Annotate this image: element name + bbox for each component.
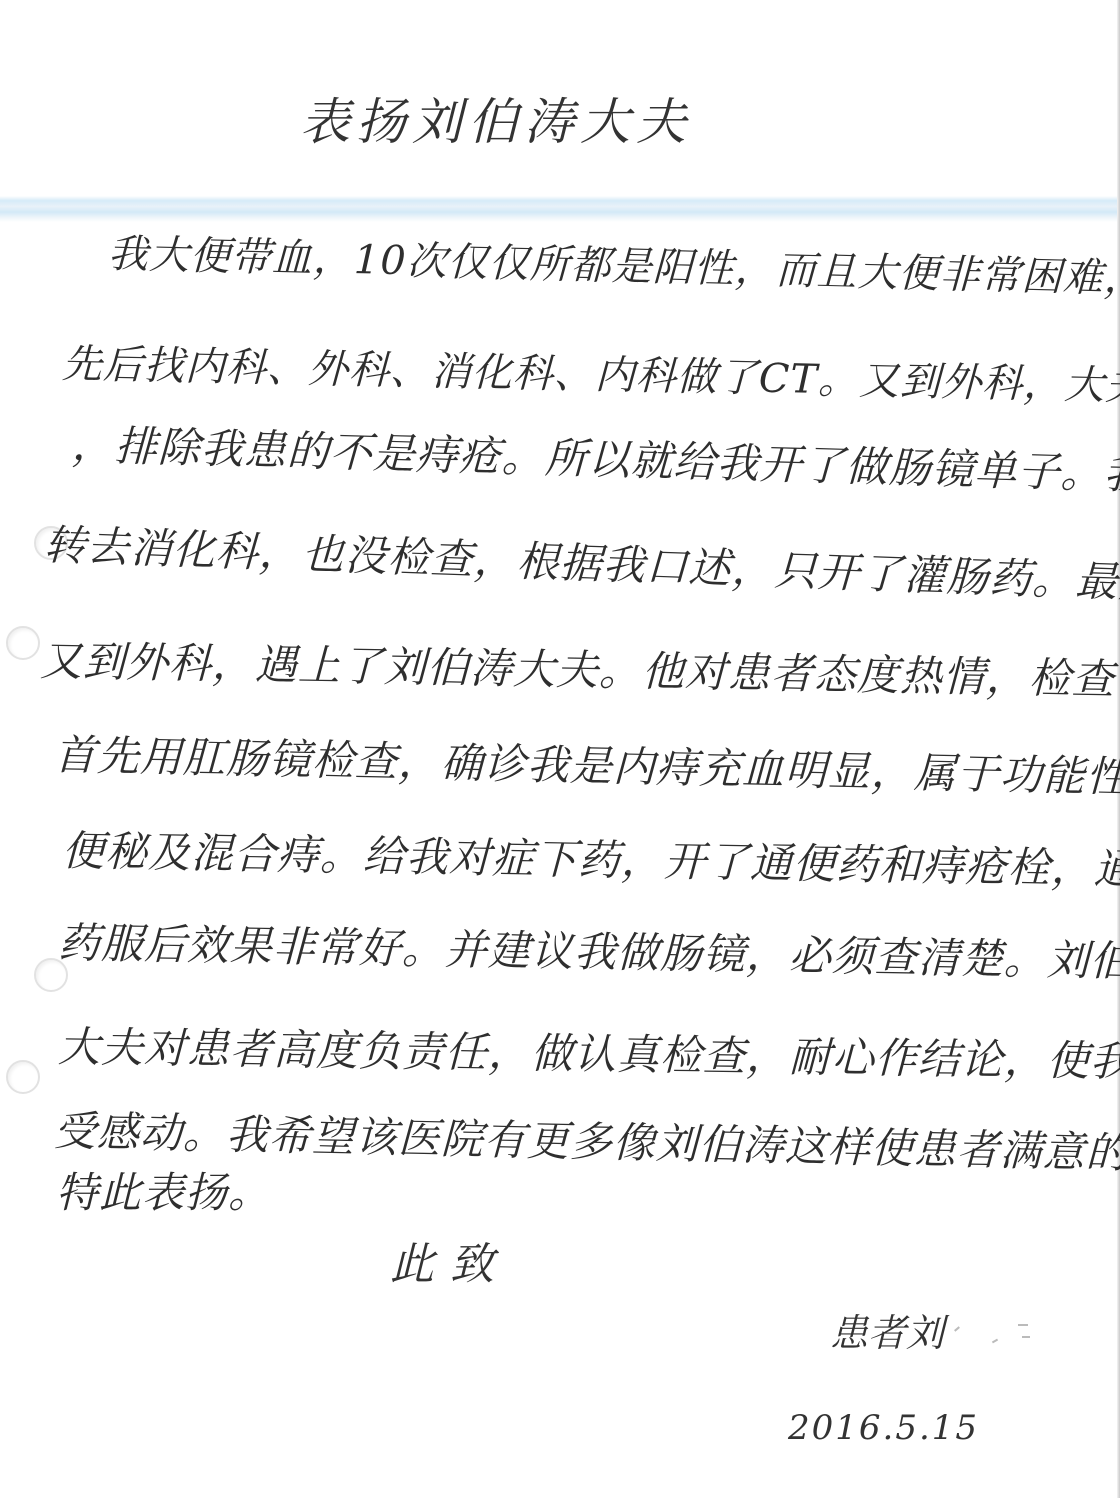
body-line-9: 大夫对患者高度负责任，做认真检查，耐心作结论，使我很 — [58, 1014, 1120, 1090]
body-line-3: ，排除我患的不是痔疮。所以就给我开了做肠镜单子。我又 — [71, 412, 1120, 503]
signature: 患者刘 — [830, 1302, 1040, 1357]
scanner-artifact-band — [0, 196, 1120, 222]
body-line-8: 药服后效果非常好。并建议我做肠镜，必须查清楚。刘伯涛 — [57, 910, 1120, 990]
body-line-5: 又到外科，遇上了刘伯涛大夫。他对患者态度热情，检查认真。 — [39, 628, 1120, 709]
body-line-4: 转去消化科，也没检查，根据我口述，只开了灌肠药。最后我 — [43, 512, 1120, 612]
body-line-6: 首先用肛肠镜检查，确诊我是内痔充血明显，属于功能性 — [53, 722, 1120, 805]
scanned-letter-page: 表扬刘伯涛大夫 我大便带血，10次仅仅所都是阳性，而且大便非常困难，需要外力。 … — [0, 0, 1120, 1498]
redacted-name — [944, 1322, 1040, 1352]
signature-text: 患者刘 — [830, 1311, 944, 1355]
letter-title: 表扬刘伯涛大夫 — [300, 82, 720, 154]
body-line-1: 我大便带血，10次仅仅所都是阳性，而且大便非常困难，需要外力。 — [107, 222, 1120, 309]
closing-salutation: 此致 — [390, 1228, 510, 1292]
hole-punch-4 — [6, 1060, 40, 1094]
body-line-2: 先后找内科、外科、消化科、内科做了CT。又到外科，大夫只用指检 — [61, 332, 1120, 415]
letter-date: 2016.5.15 — [788, 1408, 979, 1448]
hole-punch-2 — [6, 626, 40, 660]
body-line-7: 便秘及混合痔。给我对症下药，开了通便药和痔疮栓，通便 — [61, 818, 1120, 898]
body-line-11: 特此表扬。 — [56, 1160, 271, 1220]
